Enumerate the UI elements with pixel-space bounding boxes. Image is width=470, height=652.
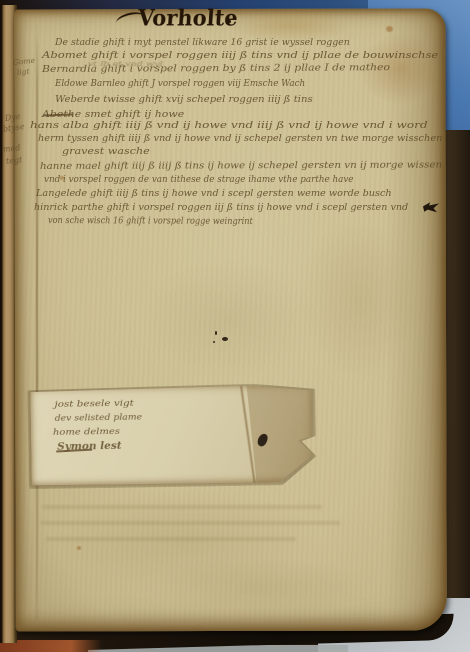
marginal-note: Gome — [13, 57, 36, 67]
manuscript-line: Bernardia ghift i vorspel roggen by ß ti… — [42, 64, 390, 75]
patch-line: home delmes — [53, 428, 120, 438]
manuscript-line: gravest wasche — [62, 148, 150, 157]
manuscript-line: von sche wisch 16 ghift i vorspel rogge … — [48, 217, 253, 227]
marginal-note: tegt — [6, 156, 23, 166]
manuscript-line: herm tyssen ghift iiij ß vnd ij howe vnd… — [38, 135, 442, 144]
manuscript-line: Eldowe Barnleo ghift J vorspel roggen vi… — [55, 80, 305, 89]
marginal-note: btyse — [2, 123, 25, 134]
marginal-note: Dye — [4, 113, 21, 123]
repair-patch: jost besele vigtdev selisted plamehome d… — [30, 385, 312, 486]
manuscript-photo: Vorholte De stadie ghift i myt penstel l… — [0, 0, 470, 652]
manuscript-line: Abethe smet ghift ij howe — [42, 111, 184, 120]
manuscript-line: hans alba ghift iiij ß vnd ij howe vnd i… — [30, 122, 428, 131]
manuscript-line: Langelede ghift iiij ß tins ij howe vnd … — [36, 190, 392, 199]
manuscript-line: De stadie ghift i myt penstel likware 16… — [55, 39, 350, 48]
handwritten-text-block: De stadie ghift i myt penstel likware 16… — [0, 0, 470, 652]
patch-line: Symon lest — [57, 442, 122, 453]
patch-line: dev selisted plame — [55, 413, 142, 423]
manuscript-line: Abomet ghift i vorspel roggen iiij ß tin… — [42, 52, 438, 61]
manuscript-line: hanne mael ghift iiij ß iiij ß tins ij h… — [40, 162, 442, 172]
manuscript-line: vnd i vorspel roggen de van tithese de s… — [44, 176, 354, 185]
marginal-note: med — [3, 144, 21, 154]
manuscript-line: Weberde twisse ghift xvij schepel roggen… — [55, 96, 313, 105]
manuscript-line: hinrick parthe ghift i vorspel roggen ii… — [34, 204, 408, 213]
marginal-note: ligt — [17, 68, 30, 77]
patch-line: jost besele vigt — [54, 400, 133, 410]
